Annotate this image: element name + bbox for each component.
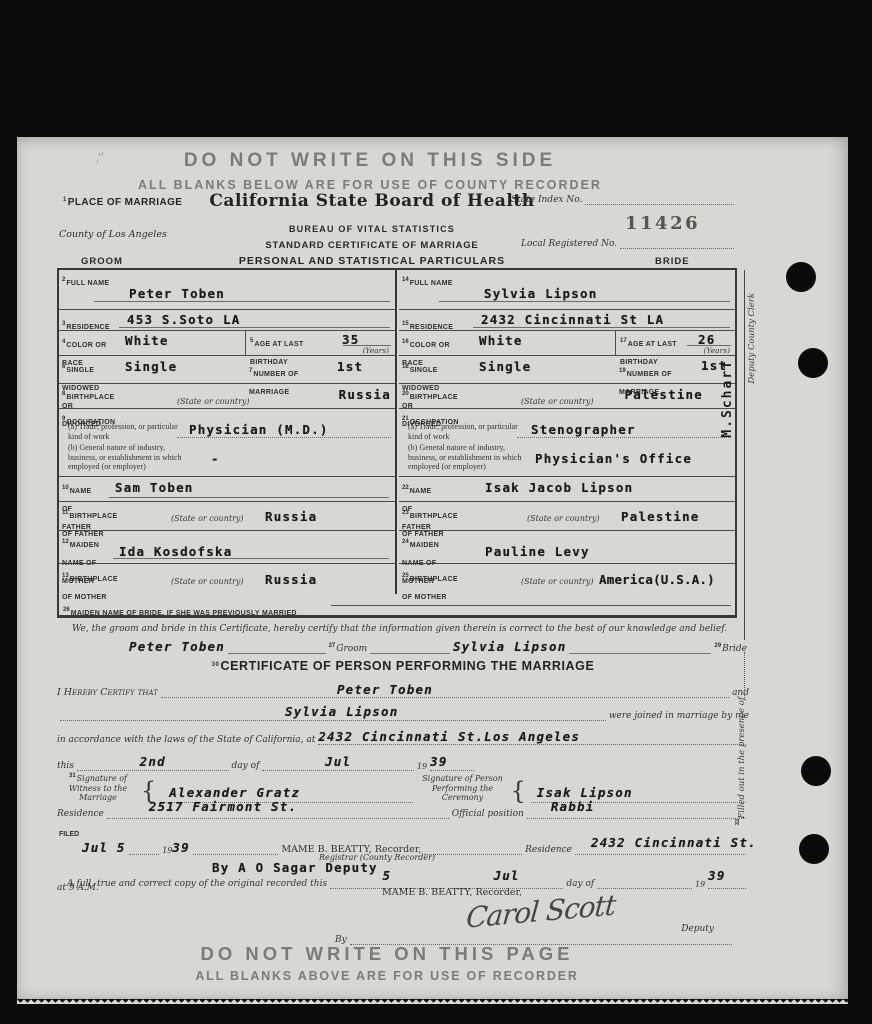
field-value: Isak Jacob Lipson <box>485 480 633 495</box>
standard-certificate-line: STANDARD CERTIFICATE OF MARRIAGE <box>197 240 547 251</box>
field-number: 2 <box>62 277 65 283</box>
blank-line <box>585 203 734 205</box>
copy-month: Jul <box>493 868 519 883</box>
recorder-residence-label: Residence <box>525 845 572 855</box>
filed-section: FILED Jul 5 19 39 MAME B. BEATTY, Record… <box>57 831 749 889</box>
brace-glyph: { <box>510 781 525 803</box>
field-number: 1 <box>63 197 67 203</box>
ruled-line <box>113 558 389 559</box>
copy-statement: A full, true and correct copy of the ori… <box>67 879 327 889</box>
field-groom-age: 5AGE AT LAST BIRTHDAY 35 (Years) <box>245 331 395 356</box>
years-hint: (Years) <box>704 346 731 355</box>
field-groom-birthplace: 8BIRTHPLACE (State or country) Russia <box>59 384 395 409</box>
field-groom-residence: 3RESIDENCE 453 S.Soto LA <box>59 310 395 331</box>
field-bride-mother-birthplace: 25BIRTHPLACE OF MOTHER (State or country… <box>399 564 735 594</box>
field-value: Peter Toben <box>129 286 225 301</box>
dotted-line <box>177 437 391 438</box>
marriage-place: 2432 Cincinnati St.Los Angeles <box>318 729 580 744</box>
ruled-line <box>331 605 731 606</box>
day-of-label: day of <box>566 879 594 889</box>
occupation-a-value: Stenographer <box>531 422 636 437</box>
filed-label: FILED <box>59 831 79 838</box>
field-number: 19 <box>619 368 626 374</box>
field-number: 17 <box>620 338 627 344</box>
ruled-line <box>119 327 390 328</box>
official-position-label: Official position <box>452 809 524 819</box>
registrar-row: By A O Sagar Deputy Registrar (County Re… <box>57 855 749 874</box>
year-prefix: 19 <box>417 762 427 771</box>
field-number: 8 <box>62 391 65 397</box>
field-value: 2432 Cincinnati St LA <box>481 312 664 327</box>
certificate-paper: ,'' DO NOT WRITE ON THIS SIDE ALL BLANKS… <box>17 137 848 999</box>
state-index-label: State Index No. <box>511 195 582 205</box>
field-value: Sam Toben <box>115 480 194 495</box>
this-label: this <box>57 761 74 771</box>
residence-position-row: Residence 2517 Fairmont St. Official pos… <box>57 804 749 819</box>
field-number: 18 <box>402 364 409 370</box>
bureau-line: BUREAU OF VITAL STATISTICS <box>197 224 547 234</box>
field-maiden-name-of-bride: 26MAIDEN NAME OF BRIDE, IF SHE WAS PREVI… <box>59 594 735 616</box>
punch-hole <box>801 756 831 786</box>
local-registered-label: Local Registered No. <box>521 239 617 249</box>
ruled-line <box>439 301 730 302</box>
ruled-line <box>473 327 730 328</box>
field-value: Pauline Levy <box>485 544 590 559</box>
groom-name: Peter Toben <box>337 682 433 697</box>
scan-background: ,'' DO NOT WRITE ON THIS SIDE ALL BLANKS… <box>0 0 872 1024</box>
field-label: MAIDEN NAME OF BRIDE, IF SHE WAS PREVIOU… <box>71 610 297 617</box>
field-bride-occupation: 21OCCUPATION (a) Trade, profession, or p… <box>399 409 735 477</box>
performer-label: Signature of Person Performing the Cerem… <box>416 774 508 803</box>
field-number: 23 <box>402 510 409 516</box>
field-value: Ida Kosdofska <box>119 544 232 559</box>
field-bride-father: 22NAME OF FATHER Isak Jacob Lipson <box>399 477 735 502</box>
field-number: 15 <box>402 321 409 327</box>
filled-out-label: 32Filled out in the presence of <box>735 697 747 825</box>
punch-hole <box>799 834 829 864</box>
field-bride-age: 17AGE AT LAST BIRTHDAY 26 (Years) <box>615 331 735 356</box>
field-groom-status: 6SINGLE WIDOWED OR DIVORCED Single 7NUMB… <box>59 356 395 384</box>
years-hint: (Years) <box>363 346 390 355</box>
occupation-a-label: (a) Trade, profession, or particular kin… <box>408 422 520 441</box>
place-of-marriage-label: 1PLACE OF MARRIAGE <box>63 197 182 208</box>
dotted-line <box>517 437 731 438</box>
signatures-section: 31Signature of Witness to the Marriage {… <box>57 773 749 819</box>
field-number: 13 <box>62 573 69 579</box>
state-country-hint: (State or country) <box>171 514 244 523</box>
occupation-a-value: Physician (M.D.) <box>189 422 329 437</box>
field-bride-residence: 15RESIDENCE 2432 Cincinnati St LA <box>399 310 735 331</box>
occupation-a-label: (a) Trade, profession, or particular kin… <box>68 422 180 441</box>
ruled-line <box>94 301 390 302</box>
punch-hole <box>798 348 828 378</box>
signature-line <box>569 652 711 654</box>
groom-signature-label: Groom <box>336 644 367 654</box>
field-number: 26 <box>63 607 70 613</box>
occupation-b-value: - <box>211 451 220 466</box>
field-label: BIRTHPLACE <box>410 394 458 401</box>
recorder-residence: 2432 Cincinnati St. <box>591 835 757 850</box>
bride-column-header: BRIDE <box>655 256 690 267</box>
occupation-b-value: Physician's Office <box>535 451 692 466</box>
field-value: 1st <box>337 359 363 374</box>
field-groom-full-name: 2FULL NAME Peter Toben <box>59 270 395 310</box>
couple-signature-row: Peter Toben 27Groom Sylvia Lipson 29Brid… <box>57 637 749 654</box>
date-line: this 2nd day of Jul 19 39 <box>57 755 477 770</box>
field-groom-father-birthplace: 11BIRTHPLACE OF FATHER (State or country… <box>59 502 395 531</box>
year-prefix: 19 <box>695 880 705 889</box>
field-number: 22 <box>402 485 409 491</box>
field-value: Russia <box>339 387 391 402</box>
field-value: Palestine <box>624 387 703 402</box>
recorder-name-line-2: MAME B. BEATTY, Recorder, <box>382 887 522 898</box>
registrar-label: Registrar (County Recorder) <box>319 853 435 862</box>
bride-name: Sylvia Lipson <box>285 704 398 719</box>
local-registered-row: Local Registered No. <box>521 239 737 249</box>
certification-section: We, the groom and bride in this Certific… <box>57 624 749 771</box>
deputy-label: Deputy <box>681 924 714 934</box>
margin-dotted-line <box>744 652 745 700</box>
field-number: 14 <box>402 277 409 283</box>
field-groom-father: 10NAME OF FATHER Sam Toben <box>59 477 395 502</box>
field-number: 30 <box>212 662 220 668</box>
field-number: 9 <box>62 416 65 422</box>
state-country-hint: (State or country) <box>177 397 250 406</box>
blanks-below-heading: ALL BLANKS BELOW ARE FOR USE OF COUNTY R… <box>17 178 723 192</box>
filed-date: Jul 5 <box>82 841 126 855</box>
marriage-year: 39 <box>430 754 447 769</box>
field-groom-marriage-number: 7NUMBER OF MARRIAGE 1st <box>245 356 395 384</box>
field-number: 7 <box>249 368 252 374</box>
field-number: 27 <box>329 643 336 649</box>
state-country-hint: (State or country) <box>171 577 244 586</box>
field-value: Single <box>479 359 531 374</box>
groom-column-header: GROOM <box>81 256 123 267</box>
perforated-edge <box>17 999 848 1004</box>
certify-line-groom: I Hereby Certify that Peter Toben and <box>57 683 749 698</box>
field-bride-mother: 24MAIDEN NAME OF MOTHER Pauline Levy <box>399 531 735 564</box>
field-number: 6 <box>62 364 65 370</box>
bride-signature: Sylvia Lipson <box>453 639 566 654</box>
field-number: 31 <box>69 773 76 779</box>
field-label: FULL NAME <box>66 280 109 287</box>
hereby-certify-label: I Hereby Certify that <box>57 687 158 698</box>
clerk-title: Deputy County Clerk <box>747 293 757 384</box>
field-value: Single <box>125 359 177 374</box>
day-of-label: day of <box>232 761 260 771</box>
signature-line <box>370 652 450 654</box>
groom-column: 2FULL NAME Peter Toben 3RESIDENCE 453 S.… <box>59 270 397 594</box>
field-value: Palestine <box>621 509 700 524</box>
dotted-line: 39 <box>708 873 746 888</box>
field-bride-marriage-number: 19NUMBER OF MARRIAGE 1st <box>615 356 735 384</box>
board-of-health-title: California State Board of Health <box>197 191 547 211</box>
ruled-line <box>109 497 389 498</box>
dotted-line: 2517 Fairmont St. <box>107 804 449 819</box>
certify-line-bride: Sylvia Lipson were joined in marriage by… <box>57 705 749 720</box>
dotted-line: 2432 Cincinnati St.Los Angeles <box>318 730 746 745</box>
occupation-b-label: (b) General nature of industry, business… <box>68 443 192 472</box>
field-value: Russia <box>265 509 317 524</box>
do-not-write-heading: DO NOT WRITE ON THIS SIDE <box>17 150 723 172</box>
field-groom-mother-birthplace: 13BIRTHPLACE OF MOTHER (State or country… <box>59 564 395 594</box>
field-value: White <box>479 333 523 348</box>
accordance-label: in accordance with the laws of the State… <box>57 735 315 745</box>
field-number: 32 <box>735 819 741 826</box>
witness-residence-label: Residence <box>57 809 104 819</box>
dotted-line: 2nd <box>77 755 229 770</box>
field-bride-color-age: 16COLOR OR RACE White 17AGE AT LAST BIRT… <box>399 331 735 356</box>
field-bride-birthplace: 20BIRTHPLACE (State or country) Palestin… <box>399 384 735 409</box>
field-number: 5 <box>250 338 253 344</box>
field-groom-occupation: 9OCCUPATION (a) Trade, profession, or pa… <box>59 409 395 477</box>
field-number: 25 <box>402 573 409 579</box>
field-bride-full-name: 14FULL NAME Sylvia Lipson <box>399 270 735 310</box>
performer-name: Isak Lipson <box>537 785 633 800</box>
registrar-by-line: By A O Sagar Deputy <box>212 860 378 875</box>
field-bride-father-birthplace: 23BIRTHPLACE OF FATHER (State or country… <box>399 502 735 531</box>
witness-name: Alexander Gratz <box>169 785 300 800</box>
dotted-line: Sylvia Lipson <box>60 705 606 720</box>
dotted-line: Rabbi <box>527 804 746 819</box>
signature-line <box>228 652 326 654</box>
witness-residence: 2517 Fairmont St. <box>149 799 297 814</box>
field-number: 16 <box>402 339 409 345</box>
field-groom-mother: 12MAIDEN NAME OF MOTHER Ida Kosdofska <box>59 531 395 564</box>
field-value: America(U.S.A.) <box>599 572 715 587</box>
county-label: County of Los Angeles <box>59 229 167 240</box>
field-bride-status: 18SINGLE WIDOWED OR DIVORCED Single 19NU… <box>399 356 735 384</box>
blank-line <box>620 247 734 249</box>
field-number: 11 <box>62 510 68 516</box>
dotted-line: Peter Toben <box>161 683 729 698</box>
particulars-table: 2FULL NAME Peter Toben 3RESIDENCE 453 S.… <box>57 268 737 618</box>
field-label: FULL NAME <box>410 280 453 287</box>
official-position: Rabbi <box>551 799 595 814</box>
field-number: 4 <box>62 339 65 345</box>
field-value: 453 S.Soto LA <box>127 312 240 327</box>
field-number: 12 <box>62 539 69 545</box>
field-number: 24 <box>402 539 409 545</box>
copy-day: 5 <box>383 868 392 883</box>
certify-statement: We, the groom and bride in this Certific… <box>72 624 749 634</box>
field-number: 10 <box>62 485 69 491</box>
witness-label: 31Signature of Witness to the Marriage <box>57 773 139 803</box>
field-label: RESIDENCE <box>410 324 454 331</box>
field-value: Sylvia Lipson <box>484 286 597 301</box>
clerk-signature: M.Scharf <box>720 359 735 438</box>
bride-column: 14FULL NAME Sylvia Lipson 15RESIDENCE 24… <box>399 270 735 594</box>
state-country-hint: (State or country) <box>521 577 594 586</box>
local-registered-number-stamp: 11426 <box>625 213 700 234</box>
accordance-line: in accordance with the laws of the State… <box>57 730 749 745</box>
field-number: 3 <box>62 321 65 327</box>
occupation-b-label: (b) General nature of industry, business… <box>408 443 532 472</box>
marriage-month: Jul <box>325 754 351 769</box>
state-country-hint: (State or country) <box>527 514 600 523</box>
copy-year: 39 <box>708 868 725 883</box>
dotted-line: 39 <box>430 755 474 770</box>
dotted-line: Jul <box>262 755 414 770</box>
particulars-header: PERSONAL AND STATISTICAL PARTICULARS <box>197 255 547 267</box>
field-groom-color-age: 4COLOR OR RACE White 5AGE AT LAST BIRTHD… <box>59 331 395 356</box>
field-label: RESIDENCE <box>66 324 110 331</box>
performer-certificate-title: 30CERTIFICATE OF PERSON PERFORMING THE M… <box>57 659 749 673</box>
deputy-signature-row: By Carol Scott <box>335 911 735 945</box>
field-label: BIRTHPLACE <box>66 394 114 401</box>
do-not-write-footer: DO NOT WRITE ON THIS PAGE <box>17 943 757 965</box>
joined-label: were joined in marriage by me <box>609 711 749 721</box>
state-index-row: State Index No. <box>511 195 737 205</box>
field-number: 20 <box>402 391 409 397</box>
year-prefix: 19 <box>162 846 172 855</box>
field-number: 29 <box>714 643 721 649</box>
marriage-day: 2nd <box>140 754 166 769</box>
margin-signature-line <box>744 270 745 640</box>
field-value: Russia <box>265 572 317 587</box>
blanks-above-footer: ALL BLANKS ABOVE ARE FOR USE OF RECORDER <box>17 969 757 983</box>
filed-time: at 9 A.M. <box>57 883 99 893</box>
field-value: White <box>125 333 169 348</box>
state-country-hint: (State or country) <box>521 397 594 406</box>
filed-year: 39 <box>172 841 189 855</box>
dotted-line: Carol Scott <box>350 911 732 945</box>
punch-hole <box>786 262 816 292</box>
dotted-line: 2432 Cincinnati St. <box>575 840 746 855</box>
groom-signature: Peter Toben <box>129 639 225 654</box>
